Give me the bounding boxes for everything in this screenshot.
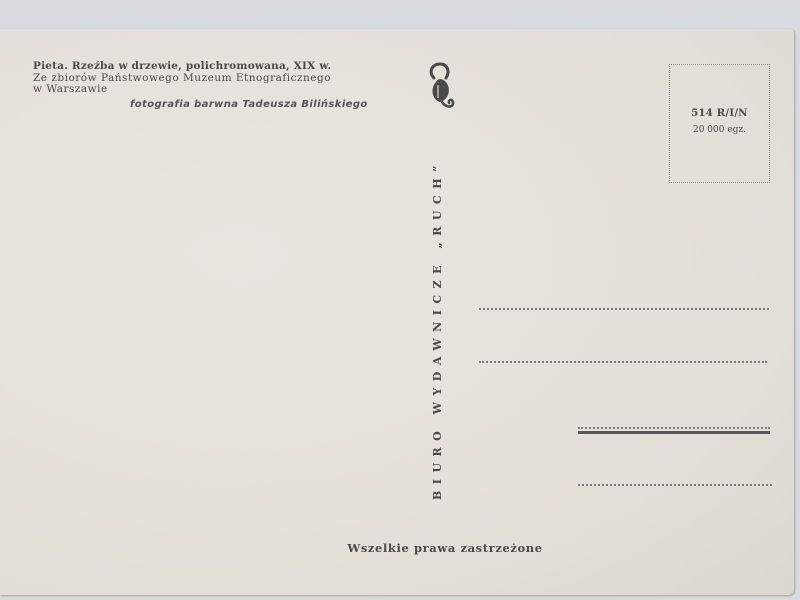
publisher-vertical-text: BIURO WYDAWNICZE „RUCH” — [431, 159, 444, 500]
stamp-box: 514 R/I/N 20 000 egz. — [669, 64, 770, 183]
address-line-1 — [479, 308, 769, 310]
address-line-4 — [578, 484, 772, 486]
ruch-publisher-logo-icon — [420, 58, 460, 118]
print-run: 20 000 egz. — [670, 125, 769, 135]
photo-credit: fotografia barwna Tadeusza Bilińskiego — [130, 99, 368, 111]
catalog-code: 514 R/I/N — [670, 108, 769, 119]
rights-notice: Wszelkie prawa zastrzeżone — [0, 541, 800, 555]
address-line-2 — [479, 361, 767, 363]
caption-location: w Warszawie — [33, 84, 368, 96]
caption-title: Pieta. Rzeźba w drzewie, polichromowana,… — [33, 61, 368, 73]
address-underline-bold — [578, 431, 770, 434]
caption-block: Pieta. Rzeźba w drzewie, polichromowana,… — [33, 61, 368, 110]
address-line-3 — [578, 427, 770, 429]
